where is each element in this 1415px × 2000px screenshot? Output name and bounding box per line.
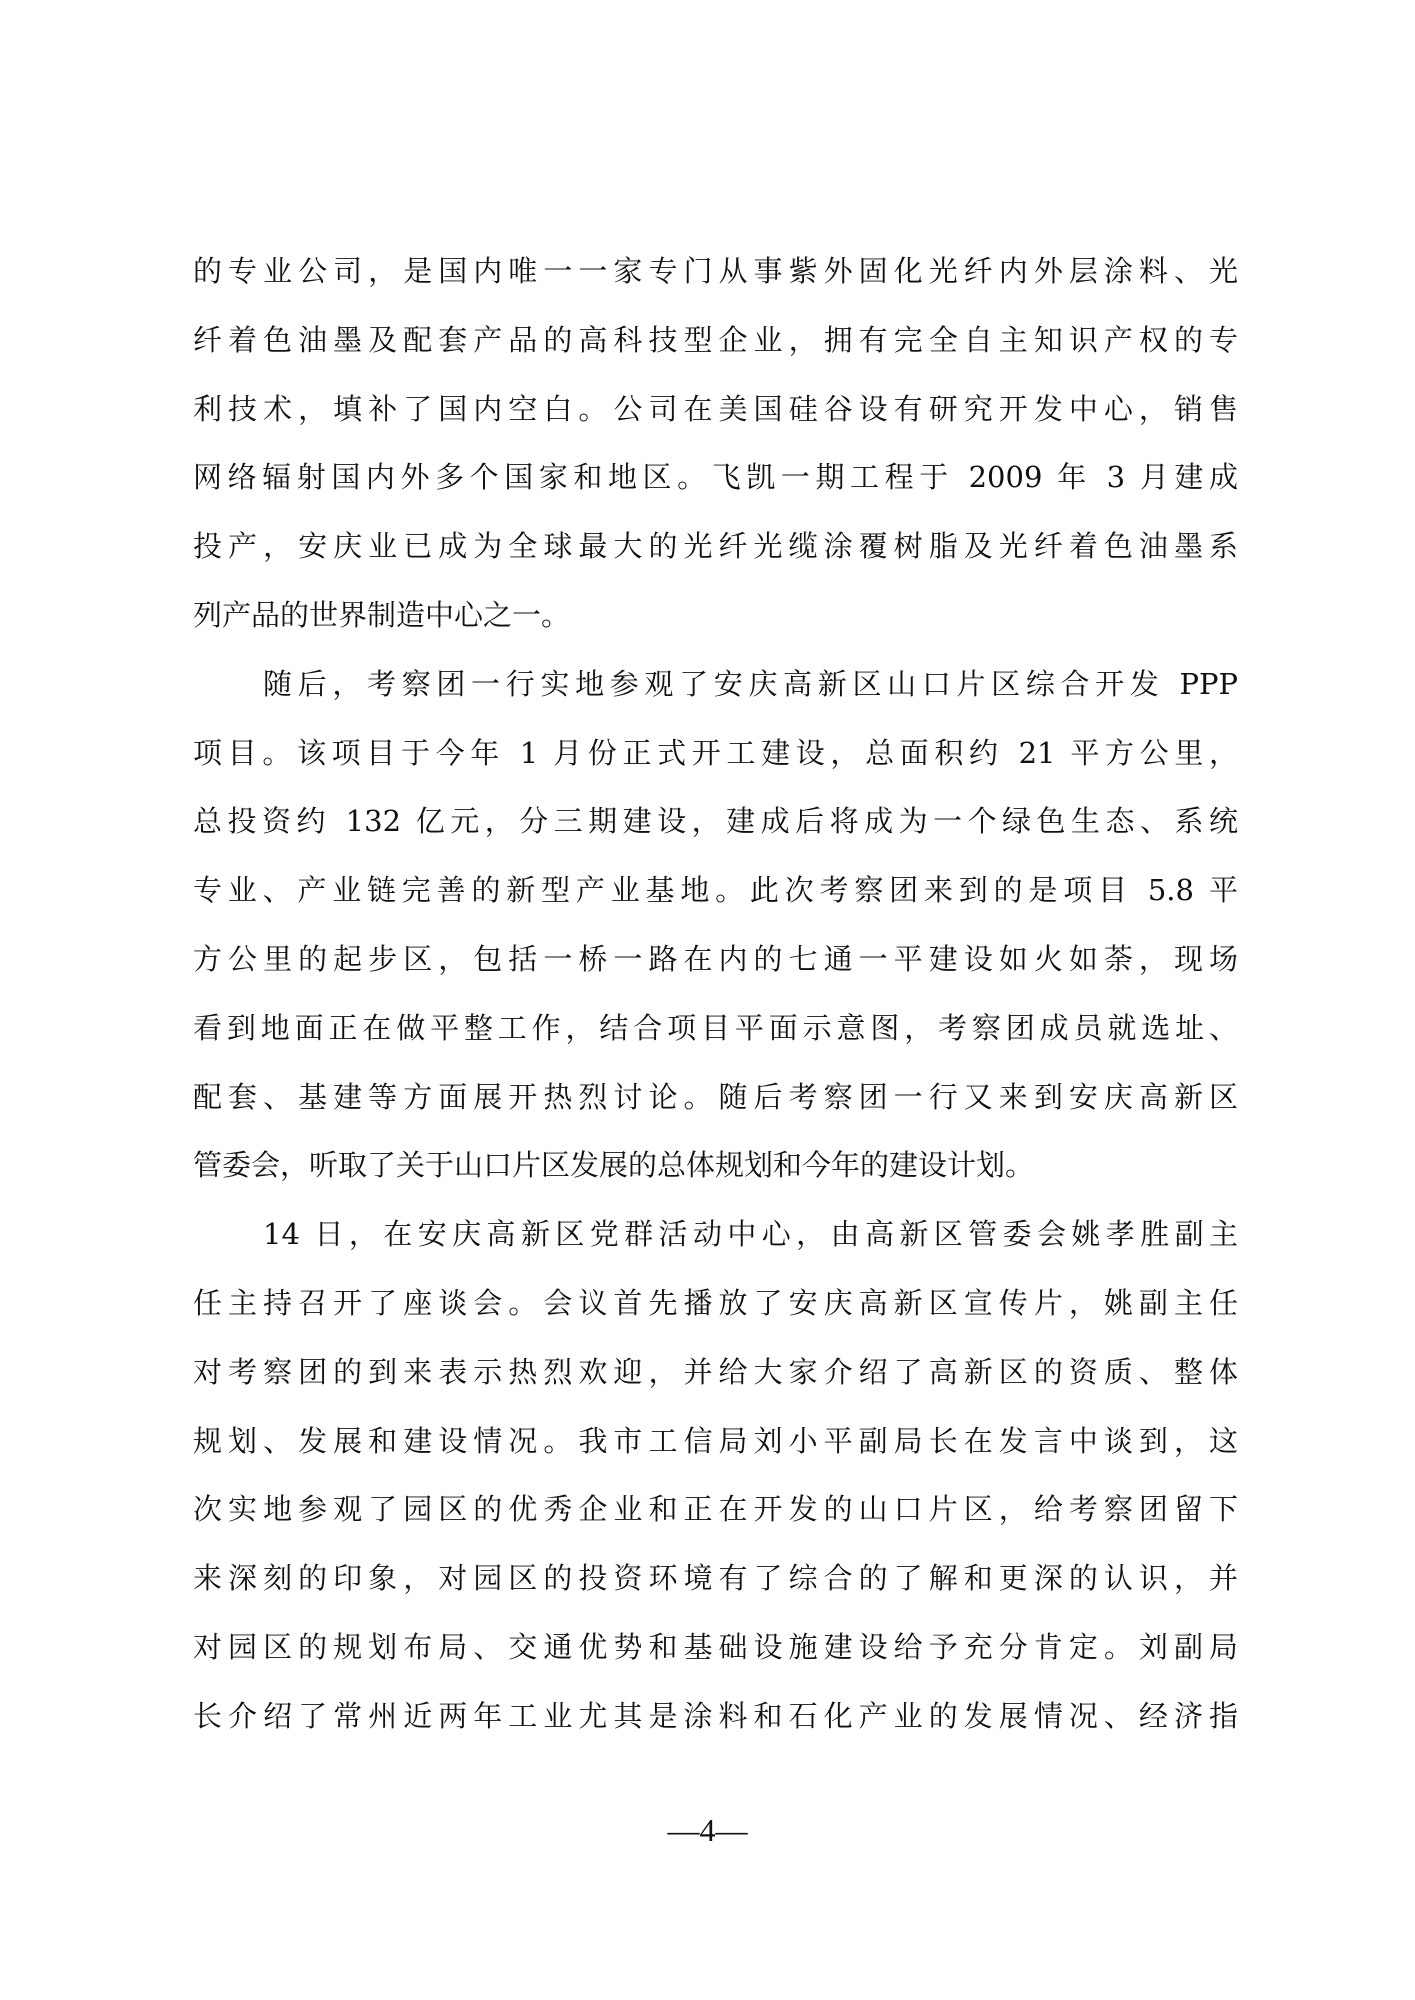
text-line: 14 日，在安庆高新区党群活动中心，由高新区管委会姚孝胜副主 [193,1200,1238,1269]
text-line: 随后，考察团一行实地参观了安庆高新区山口片区综合开发 PPP [193,650,1238,719]
text-line: 利技术，填补了国内空白。公司在美国硅谷设有研究开发中心，销售 [193,375,1238,444]
text-line: 总投资约 132 亿元，分三期建设，建成后将成为一个绿色生态、系统 [193,787,1238,856]
text-line: 列产品的世界制造中心之一。 [193,581,1238,650]
text-line: 对园区的规划布局、交通优势和基础设施建设给予充分肯定。刘副局 [193,1613,1238,1682]
text-line: 长介绍了常州近两年工业尤其是涂料和石化产业的发展情况、经济指 [193,1682,1238,1751]
text-line: 项目。该项目于今年 1 月份正式开工建设，总面积约 21 平方公里， [193,719,1238,788]
body-text: 的专业公司，是国内唯一一家专门从事紫外固化光纤内外层涂料、光 纤着色油墨及配套产… [193,237,1238,1751]
text-line: 对考察团的到来表示热烈欢迎，并给大家介绍了高新区的资质、整体 [193,1338,1238,1407]
text-line: 配套、基建等方面展开热烈讨论。随后考察团一行又来到安庆高新区 [193,1063,1238,1132]
text-line: 次实地参观了园区的优秀企业和正在开发的山口片区，给考察团留下 [193,1475,1238,1544]
paragraph-3: 14 日，在安庆高新区党群活动中心，由高新区管委会姚孝胜副主 任主持召开了座谈会… [193,1200,1238,1750]
text-line: 来深刻的印象，对园区的投资环境有了综合的了解和更深的认识，并 [193,1544,1238,1613]
text-line: 管委会，听取了关于山口片区发展的总体规划和今年的建设计划。 [193,1131,1238,1200]
page-number: —4— [0,1808,1415,1852]
text-line: 专业、产业链完善的新型产业基地。此次考察团来到的是项目 5.8 平 [193,856,1238,925]
text-line: 看到地面正在做平整工作，结合项目平面示意图，考察团成员就选址、 [193,994,1238,1063]
text-line: 任主持召开了座谈会。会议首先播放了安庆高新区宣传片，姚副主任 [193,1269,1238,1338]
text-line: 规划、发展和建设情况。我市工信局刘小平副局长在发言中谈到，这 [193,1407,1238,1476]
text-line: 网络辐射国内外多个国家和地区。飞凯一期工程于 2009 年 3 月建成 [193,443,1238,512]
text-line: 纤着色油墨及配套产品的高科技型企业，拥有完全自主知识产权的专 [193,306,1238,375]
text-line: 投产，安庆业已成为全球最大的光纤光缆涂覆树脂及光纤着色油墨系 [193,512,1238,581]
paragraph-1: 的专业公司，是国内唯一一家专门从事紫外固化光纤内外层涂料、光 纤着色油墨及配套产… [193,237,1238,650]
text-line: 的专业公司，是国内唯一一家专门从事紫外固化光纤内外层涂料、光 [193,237,1238,306]
document-page: 的专业公司，是国内唯一一家专门从事紫外固化光纤内外层涂料、光 纤着色油墨及配套产… [0,0,1415,2000]
paragraph-2: 随后，考察团一行实地参观了安庆高新区山口片区综合开发 PPP 项目。该项目于今年… [193,650,1238,1200]
text-line: 方公里的起步区，包括一桥一路在内的七通一平建设如火如荼，现场 [193,925,1238,994]
